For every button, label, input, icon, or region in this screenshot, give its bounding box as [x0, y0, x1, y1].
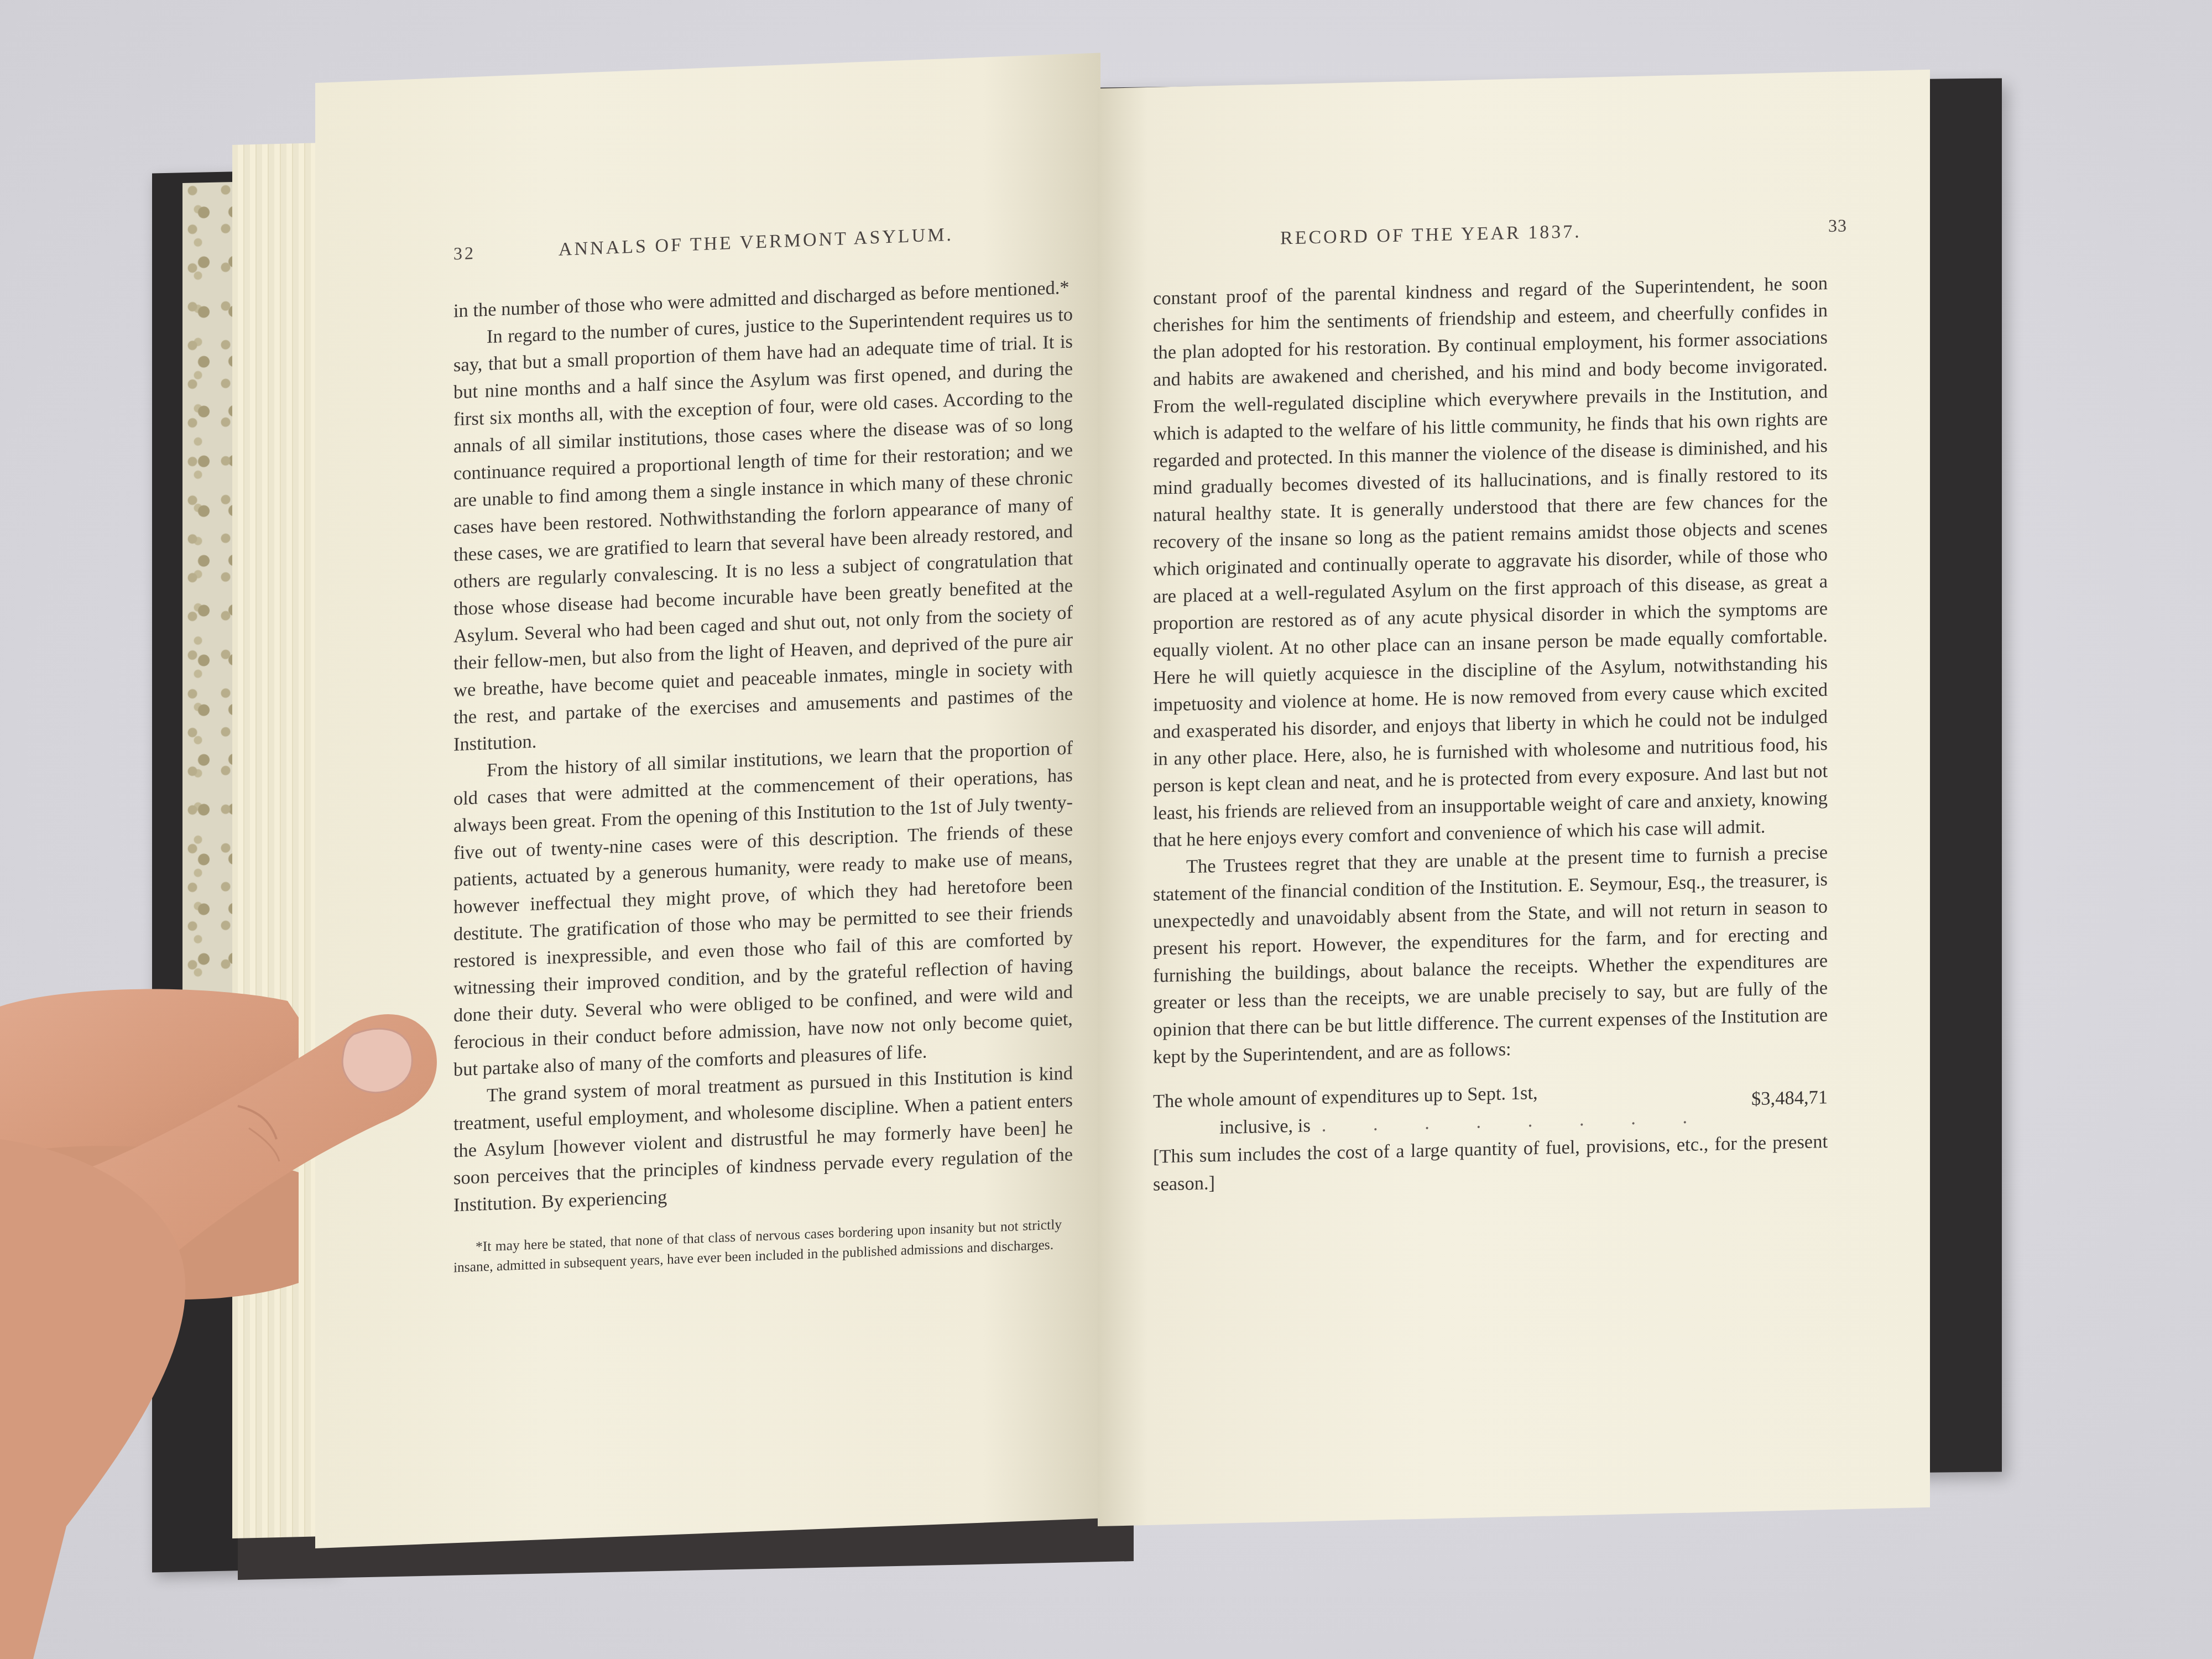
right-page: RECORD OF THE YEAR 1837. 33 constant pro…	[1098, 70, 1930, 1526]
right-body-text: constant proof of the parental kindness …	[1153, 270, 1828, 1198]
footnote: *It may here be stated, that none of tha…	[453, 1214, 1062, 1277]
paragraph: The grand system of moral treatment as p…	[453, 1060, 1073, 1219]
hand-holding-page	[0, 973, 453, 1659]
paragraph: In regard to the number of cures, justic…	[453, 301, 1073, 758]
left-header-title: ANNALS OF THE VERMONT ASYLUM.	[559, 225, 953, 260]
expense-amount: $3,484,71	[1751, 1083, 1828, 1129]
footnote-text: *It may here be stated, that none of tha…	[453, 1214, 1062, 1277]
paragraph: The Trustees regret that they are unable…	[1153, 839, 1828, 1071]
expense-label-line2: inclusive, is	[1219, 1112, 1311, 1141]
right-running-head: RECORD OF THE YEAR 1837. 33	[1153, 215, 1847, 252]
page-number-right: 33	[1828, 215, 1847, 236]
left-running-head: 32 ANNALS OF THE VERMONT ASYLUM.	[453, 220, 1067, 265]
right-header-title: RECORD OF THE YEAR 1837.	[1280, 221, 1582, 249]
paragraph: constant proof of the parental kindness …	[1153, 270, 1828, 854]
left-body-text: in the number of those who were admitted…	[453, 274, 1073, 1219]
photo-scene: 32 ANNALS OF THE VERMONT ASYLUM. in the …	[0, 0, 2212, 1659]
paragraph: From the history of all similar institut…	[453, 734, 1073, 1083]
page-number-left: 32	[453, 243, 476, 264]
